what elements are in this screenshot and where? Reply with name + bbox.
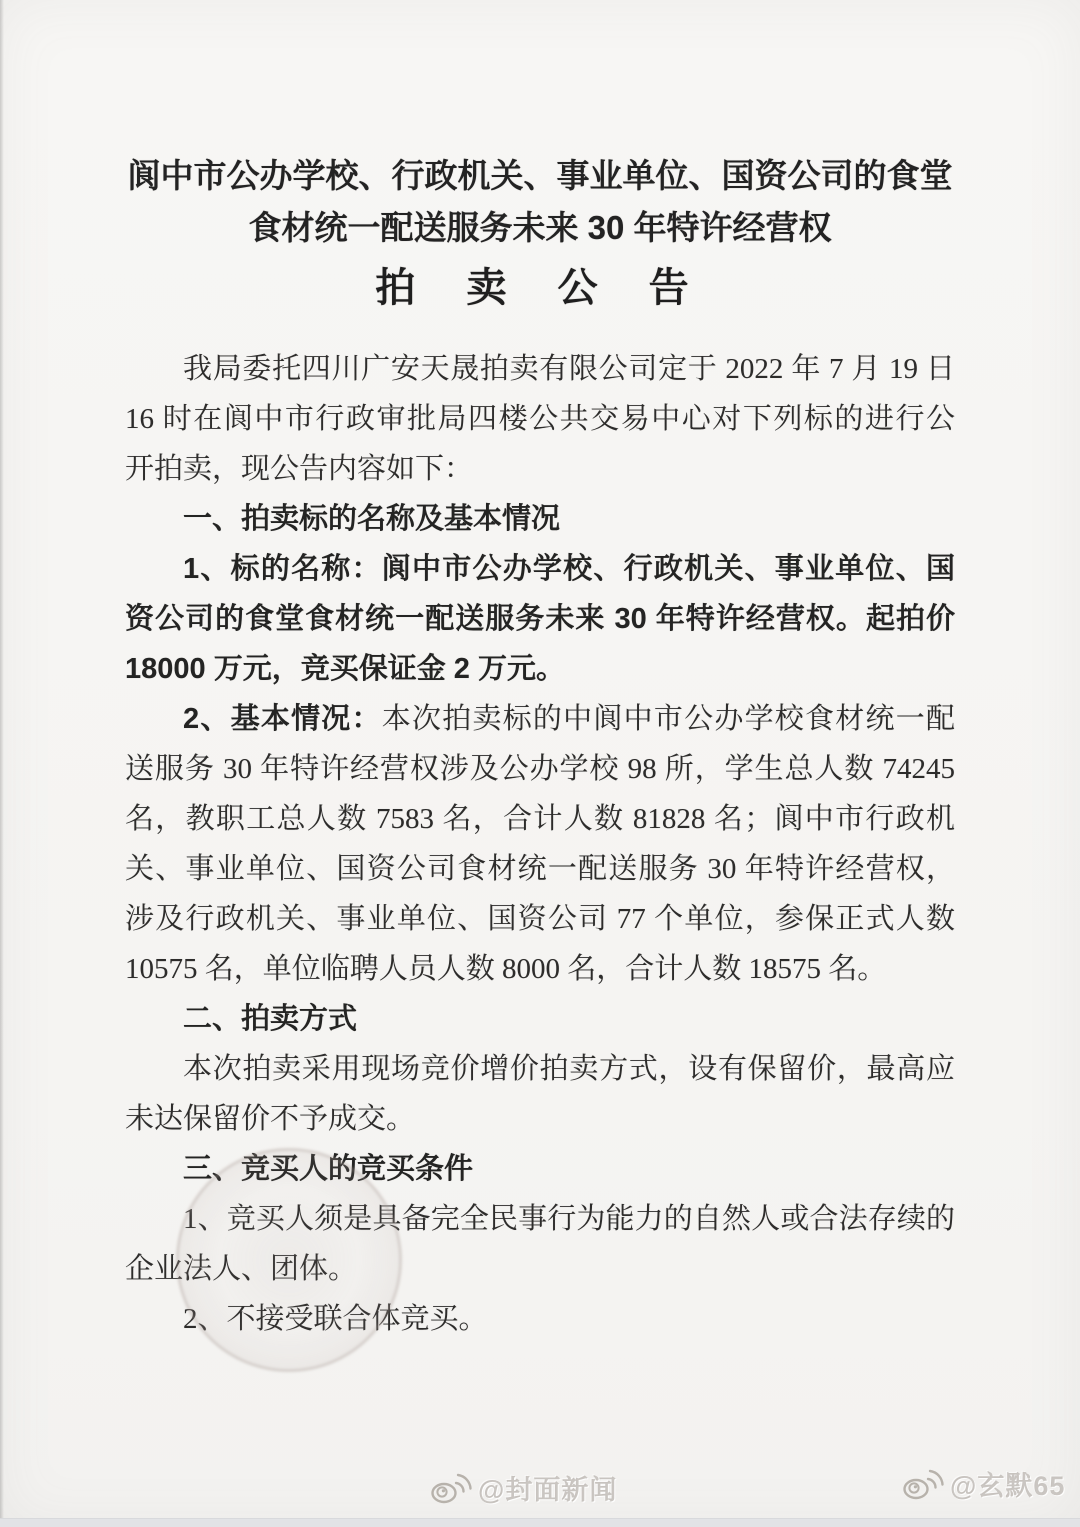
- line-text: 未达保留价不予成交。: [125, 1103, 415, 1135]
- line-text: 10575 名，单位临聘人员人数 8000 名，合计人数 18575 名。: [125, 953, 886, 985]
- doc-line: 我局委托四川广安天晟拍卖有限公司定于 2022 年 7 月 19 日: [125, 344, 955, 394]
- doc-line: 18000 万元，竞买保证金 2 万元。: [125, 644, 955, 694]
- doc-line: 10575 名，单位临聘人员人数 8000 名，合计人数 18575 名。: [125, 944, 955, 994]
- line-text: 阆中市公办学校、行政机关、事业单位、国: [382, 553, 955, 585]
- line-lead: 1、标的名称：: [183, 553, 382, 585]
- weibo-icon: [430, 1471, 472, 1505]
- line-text: 关、事业单位、国资公司食材统一配送服务 30 年特许经营权，: [125, 853, 955, 885]
- doc-line: 名，教职工总人数 7583 名，合计人数 81828 名；阆中市行政机: [125, 794, 955, 844]
- watermark-handle-right: @玄默65: [950, 1464, 1065, 1503]
- doc-line: 本次拍卖采用现场竞价增价拍卖方式，设有保留价，最高应价: [125, 1044, 955, 1094]
- doc-line: 送服务 30 年特许经营权涉及公办学校 98 所，学生总人数 74245: [125, 744, 955, 794]
- watermark-cover-news: @封面新闻: [430, 1468, 617, 1507]
- watermark-handle-left: @封面新闻: [478, 1468, 617, 1507]
- doc-line: 1、标的名称：阆中市公办学校、行政机关、事业单位、国: [125, 544, 955, 594]
- doc-line: 开拍卖，现公告内容如下：: [125, 444, 955, 494]
- official-seal-stamp: [176, 1148, 402, 1372]
- line-text: 本次拍卖标的中阆中市公办学校食材统一配: [382, 703, 955, 735]
- line-text: 名，教职工总人数 7583 名，合计人数 81828 名；阆中市行政机: [125, 803, 955, 835]
- doc-line: 涉及行政机关、事业单位、国资公司 77 个单位，参保正式人数: [125, 894, 955, 944]
- line-text: 送服务 30 年特许经营权涉及公办学校 98 所，学生总人数 74245: [125, 753, 955, 785]
- line-text: 本次拍卖采用现场竞价增价拍卖方式，设有保留价，最高应价: [125, 1053, 955, 1094]
- line-text: 18000 万元，竞买保证金 2 万元。: [125, 653, 565, 685]
- line-text: 涉及行政机关、事业单位、国资公司 77 个单位，参保正式人数: [125, 903, 955, 935]
- line-text: 开拍卖，现公告内容如下：: [125, 453, 473, 485]
- doc-title-line-2: 食材统一配送服务未来 30 年特许经营权: [70, 202, 1010, 254]
- section-heading-2: 二、拍卖方式: [125, 994, 955, 1044]
- scan-bottom-strip: [0, 1518, 1080, 1527]
- doc-title-line-1: 阆中市公办学校、行政机关、事业单位、国资公司的食堂: [70, 150, 1010, 202]
- line-text: 资公司的食堂食材统一配送服务未来 30 年特许经营权。起拍价: [125, 603, 955, 635]
- line-text: 一、拍卖标的名称及基本情况: [183, 503, 560, 535]
- scan-left-edge-shadow: [0, 0, 4, 1527]
- line-lead: 2、基本情况：: [183, 703, 382, 735]
- line-text: 我局委托四川广安天晟拍卖有限公司定于 2022 年 7 月 19 日: [183, 353, 955, 385]
- section-heading-1: 一、拍卖标的名称及基本情况: [125, 494, 955, 544]
- weibo-icon: [902, 1467, 944, 1501]
- line-text: 16 时在阆中市行政审批局四楼公共交易中心对下列标的进行公: [125, 403, 955, 435]
- doc-main-title: 拍 卖 公 告: [70, 264, 1010, 312]
- doc-line: 关、事业单位、国资公司食材统一配送服务 30 年特许经营权，: [125, 844, 955, 894]
- document-header: 阆中市公办学校、行政机关、事业单位、国资公司的食堂 食材统一配送服务未来 30 …: [70, 0, 1010, 312]
- watermark-user-handle: @玄默65: [902, 1464, 1065, 1503]
- doc-line: 未达保留价不予成交。: [125, 1094, 955, 1144]
- doc-line: 16 时在阆中市行政审批局四楼公共交易中心对下列标的进行公: [125, 394, 955, 444]
- doc-line: 2、基本情况：本次拍卖标的中阆中市公办学校食材统一配: [125, 694, 955, 744]
- line-text: 二、拍卖方式: [183, 1003, 357, 1035]
- scanned-auction-announcement-page: 阆中市公办学校、行政机关、事业单位、国资公司的食堂 食材统一配送服务未来 30 …: [0, 0, 1080, 1527]
- doc-line: 资公司的食堂食材统一配送服务未来 30 年特许经营权。起拍价: [125, 594, 955, 644]
